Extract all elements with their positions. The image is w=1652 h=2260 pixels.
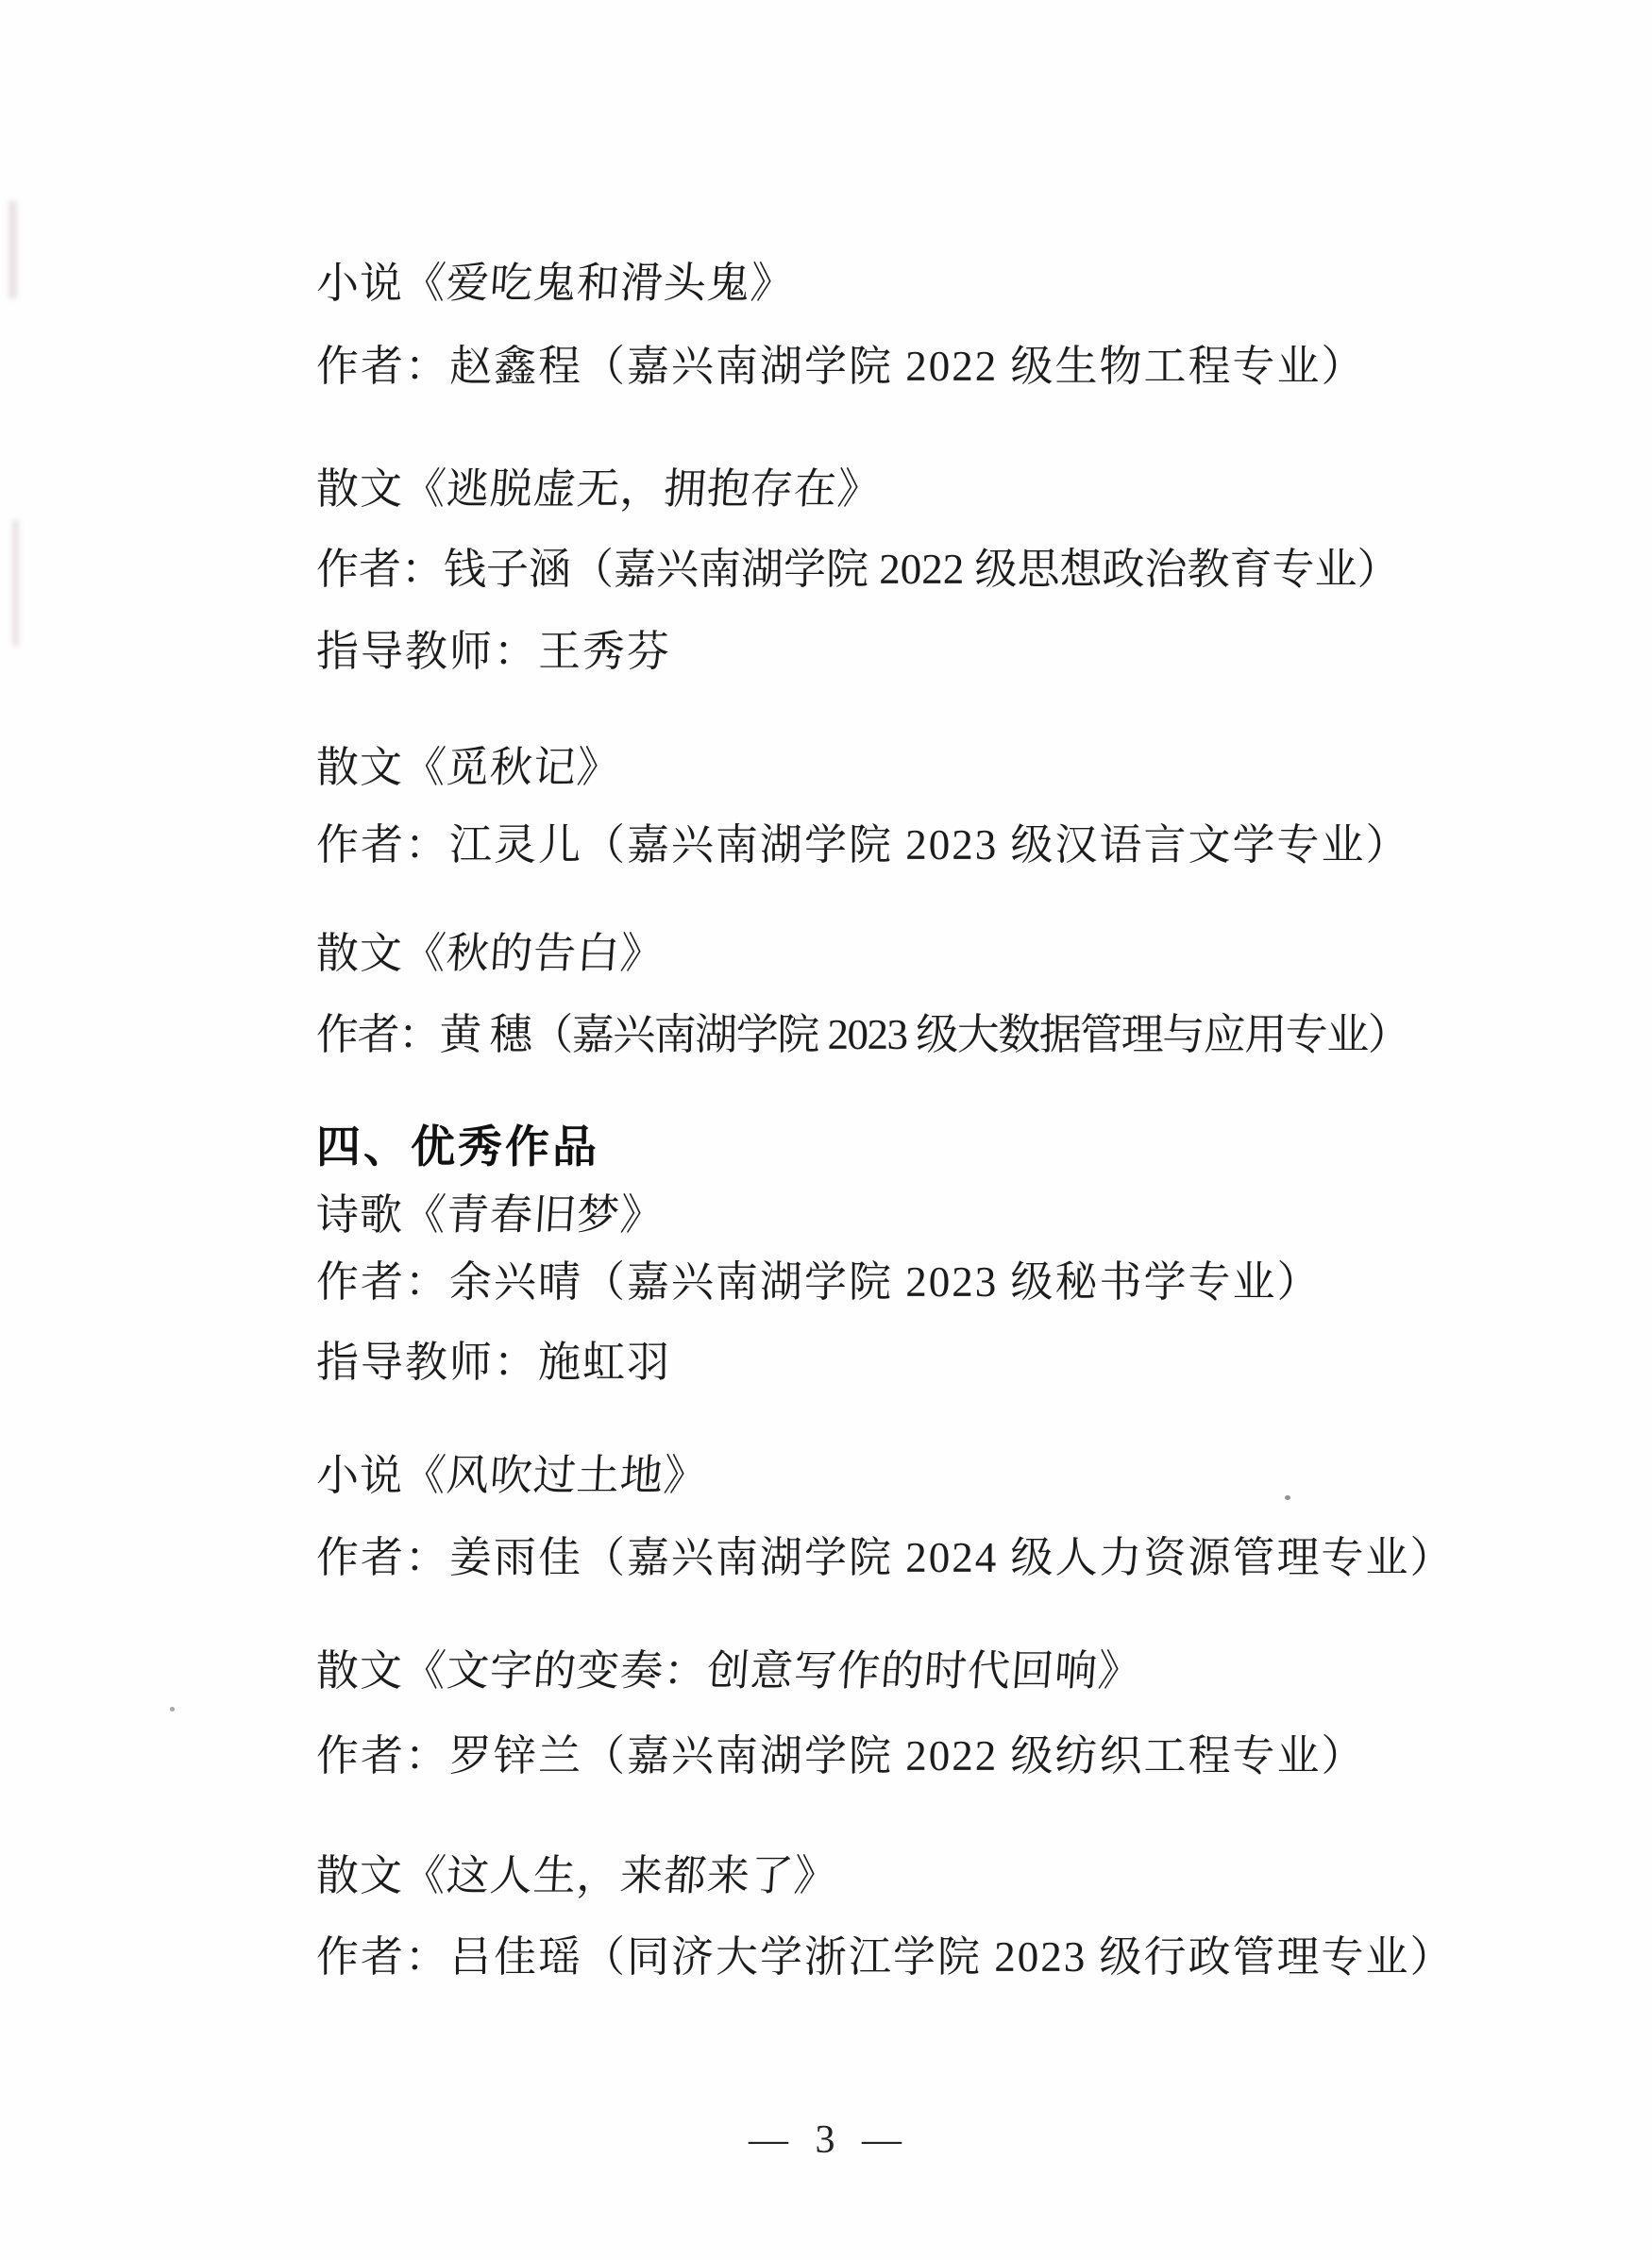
author-line: 作者：钱子涵（嘉兴南湖学院 2022 级思想政治教育专业） bbox=[316, 540, 1400, 599]
work-title: 《文字的变奏：创意写作的时代回响》 bbox=[401, 1642, 1143, 1700]
scan-edge-smudge bbox=[8, 200, 17, 299]
work-title-line: 诗歌《青春旧梦》 bbox=[316, 1186, 664, 1244]
work-title-line: 散文《逃脱虚无，拥抱存在》 bbox=[316, 460, 881, 518]
author-line: 作者：赵鑫程（嘉兴南湖学院 2022 级生物工程专业） bbox=[316, 337, 1366, 396]
author-line: 作者：罗锌兰（嘉兴南湖学院 2022 级纺织工程专业） bbox=[316, 1727, 1366, 1785]
work-genre: 散文 bbox=[316, 1852, 403, 1899]
work-title-line: 散文《秋的告白》 bbox=[316, 924, 664, 983]
author-line: 作者：黄 穗（嘉兴南湖学院 2023 级大数据管理与应用专业） bbox=[316, 1005, 1408, 1064]
work-genre: 小说 bbox=[316, 1452, 403, 1499]
work-genre: 小说 bbox=[316, 260, 403, 307]
work-title: 《风吹过土地》 bbox=[401, 1446, 709, 1505]
work-title: 《秋的告白》 bbox=[401, 924, 666, 983]
section-heading: 四、优秀作品 bbox=[316, 1118, 599, 1176]
work-title: 《爱吃鬼和滑头鬼》 bbox=[401, 254, 796, 312]
scan-artifact-dot bbox=[170, 1707, 175, 1712]
work-genre: 散文 bbox=[316, 930, 403, 977]
page-number: — 3 — bbox=[0, 2111, 1652, 2169]
author-line: 作者：江灵儿（嘉兴南湖学院 2023 级汉语言文学专业） bbox=[316, 816, 1410, 874]
work-title: 《这人生，来都来了》 bbox=[401, 1847, 839, 1905]
work-title: 《逃脱虚无，拥抱存在》 bbox=[401, 460, 883, 518]
scan-artifact-dot bbox=[1285, 1495, 1290, 1500]
author-line: 作者：余兴晴（嘉兴南湖学院 2023 级秘书学专业） bbox=[316, 1253, 1322, 1311]
scan-edge-smudge bbox=[12, 519, 19, 647]
advisor-line: 指导教师：施虹羽 bbox=[316, 1333, 671, 1391]
work-genre: 散文 bbox=[316, 465, 403, 513]
work-title: 《青春旧梦》 bbox=[401, 1186, 666, 1244]
author-line: 作者：吕佳瑶（同济大学浙江学院 2023 级行政管理专业） bbox=[316, 1928, 1455, 1986]
work-genre: 诗歌 bbox=[316, 1191, 403, 1239]
document-page: 小说《爱吃鬼和滑头鬼》 作者：赵鑫程（嘉兴南湖学院 2022 级生物工程专业） … bbox=[0, 0, 1652, 2260]
advisor-line: 指导教师：王秀芬 bbox=[316, 622, 671, 681]
work-title: 《觅秋记》 bbox=[401, 738, 622, 797]
work-genre: 散文 bbox=[316, 744, 403, 791]
work-title-line: 小说《风吹过土地》 bbox=[316, 1446, 707, 1505]
author-line: 作者：姜雨佳（嘉兴南湖学院 2024 级人力资源管理专业） bbox=[316, 1528, 1455, 1587]
work-title-line: 散文《文字的变奏：创意写作的时代回响》 bbox=[316, 1642, 1141, 1700]
work-title-line: 小说《爱吃鬼和滑头鬼》 bbox=[316, 254, 794, 312]
work-title-line: 散文《这人生，来都来了》 bbox=[316, 1847, 837, 1905]
work-genre: 散文 bbox=[316, 1647, 403, 1695]
work-title-line: 散文《觅秋记》 bbox=[316, 738, 620, 797]
